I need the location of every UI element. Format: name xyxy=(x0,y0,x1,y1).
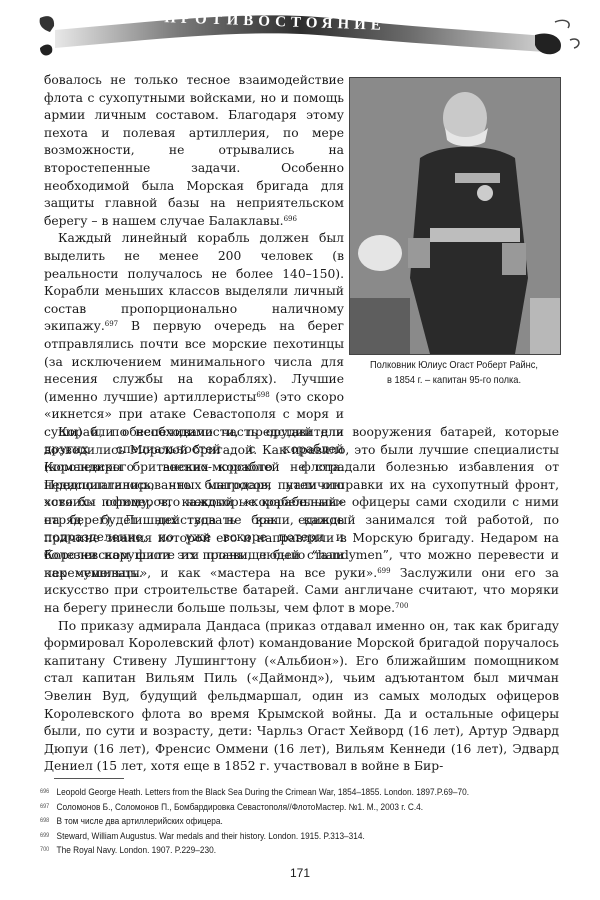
footnote: 700The Royal Navy. London. 1907. P.229–2… xyxy=(40,843,518,858)
footnote: 696Leopold George Heath. Letters from th… xyxy=(40,785,518,800)
paragraph: По приказу адмирала Дандаса (приказ отда… xyxy=(44,618,559,776)
footnote-text: The Royal Navy. London. 1907. P.229–230. xyxy=(57,843,216,858)
caption-line: Полковник Юлиус Огаст Роберт Райнс, xyxy=(356,358,552,373)
footnote: 697Соломонов Б., Соломонов П., Бомбардир… xyxy=(40,800,518,815)
footnote-text: Steward, William Augustus. War medals an… xyxy=(57,829,365,844)
paragraph: бовалось не только тесное взаимодействие… xyxy=(44,72,344,230)
footnote-text: Leopold George Heath. Letters from the B… xyxy=(57,785,469,800)
footnote-text: В том числе два артиллерийских офицера. xyxy=(57,814,223,829)
footnote-ref[interactable]: 698 xyxy=(256,391,269,399)
footnote-divider xyxy=(54,778,124,779)
page-number: 171 xyxy=(0,866,600,880)
footnote-ref[interactable]: 697 xyxy=(105,320,118,328)
officer-portrait-icon xyxy=(350,78,560,354)
footnotes: 696Leopold George Heath. Letters from th… xyxy=(40,785,560,858)
footnote-ref[interactable]: 699 xyxy=(377,567,390,575)
footnote: 698В том числе два артиллерийских офицер… xyxy=(40,814,518,829)
footnote-number: 698 xyxy=(40,814,57,829)
body-text: Корабли обеспечивали часть орудий для во… xyxy=(44,424,559,776)
footnote-ref[interactable]: 696 xyxy=(284,215,297,223)
footnote-number: 700 xyxy=(40,843,57,858)
footnote-number: 699 xyxy=(40,829,57,844)
caption-line: в 1854 г. – капитан 95-го полка. xyxy=(356,373,552,388)
photo-caption: Полковник Юлиус Огаст Роберт Райнс, в 18… xyxy=(356,358,552,388)
ribbon-icon xyxy=(0,0,600,68)
footnote-ref[interactable]: 700 xyxy=(395,602,408,610)
footnote: 699Steward, William Augustus. War medals… xyxy=(40,829,518,844)
footnote-text: Соломонов Б., Соломонов П., Бомбардировк… xyxy=(57,800,423,815)
footnote-number: 697 xyxy=(40,800,57,815)
chapter-banner: ПРОТИВОСТОЯНИЕ xyxy=(0,0,600,68)
paragraph: Корабли обеспечивали часть орудий для во… xyxy=(44,424,559,618)
footnote-number: 696 xyxy=(40,785,57,800)
portrait-photo xyxy=(349,77,561,355)
